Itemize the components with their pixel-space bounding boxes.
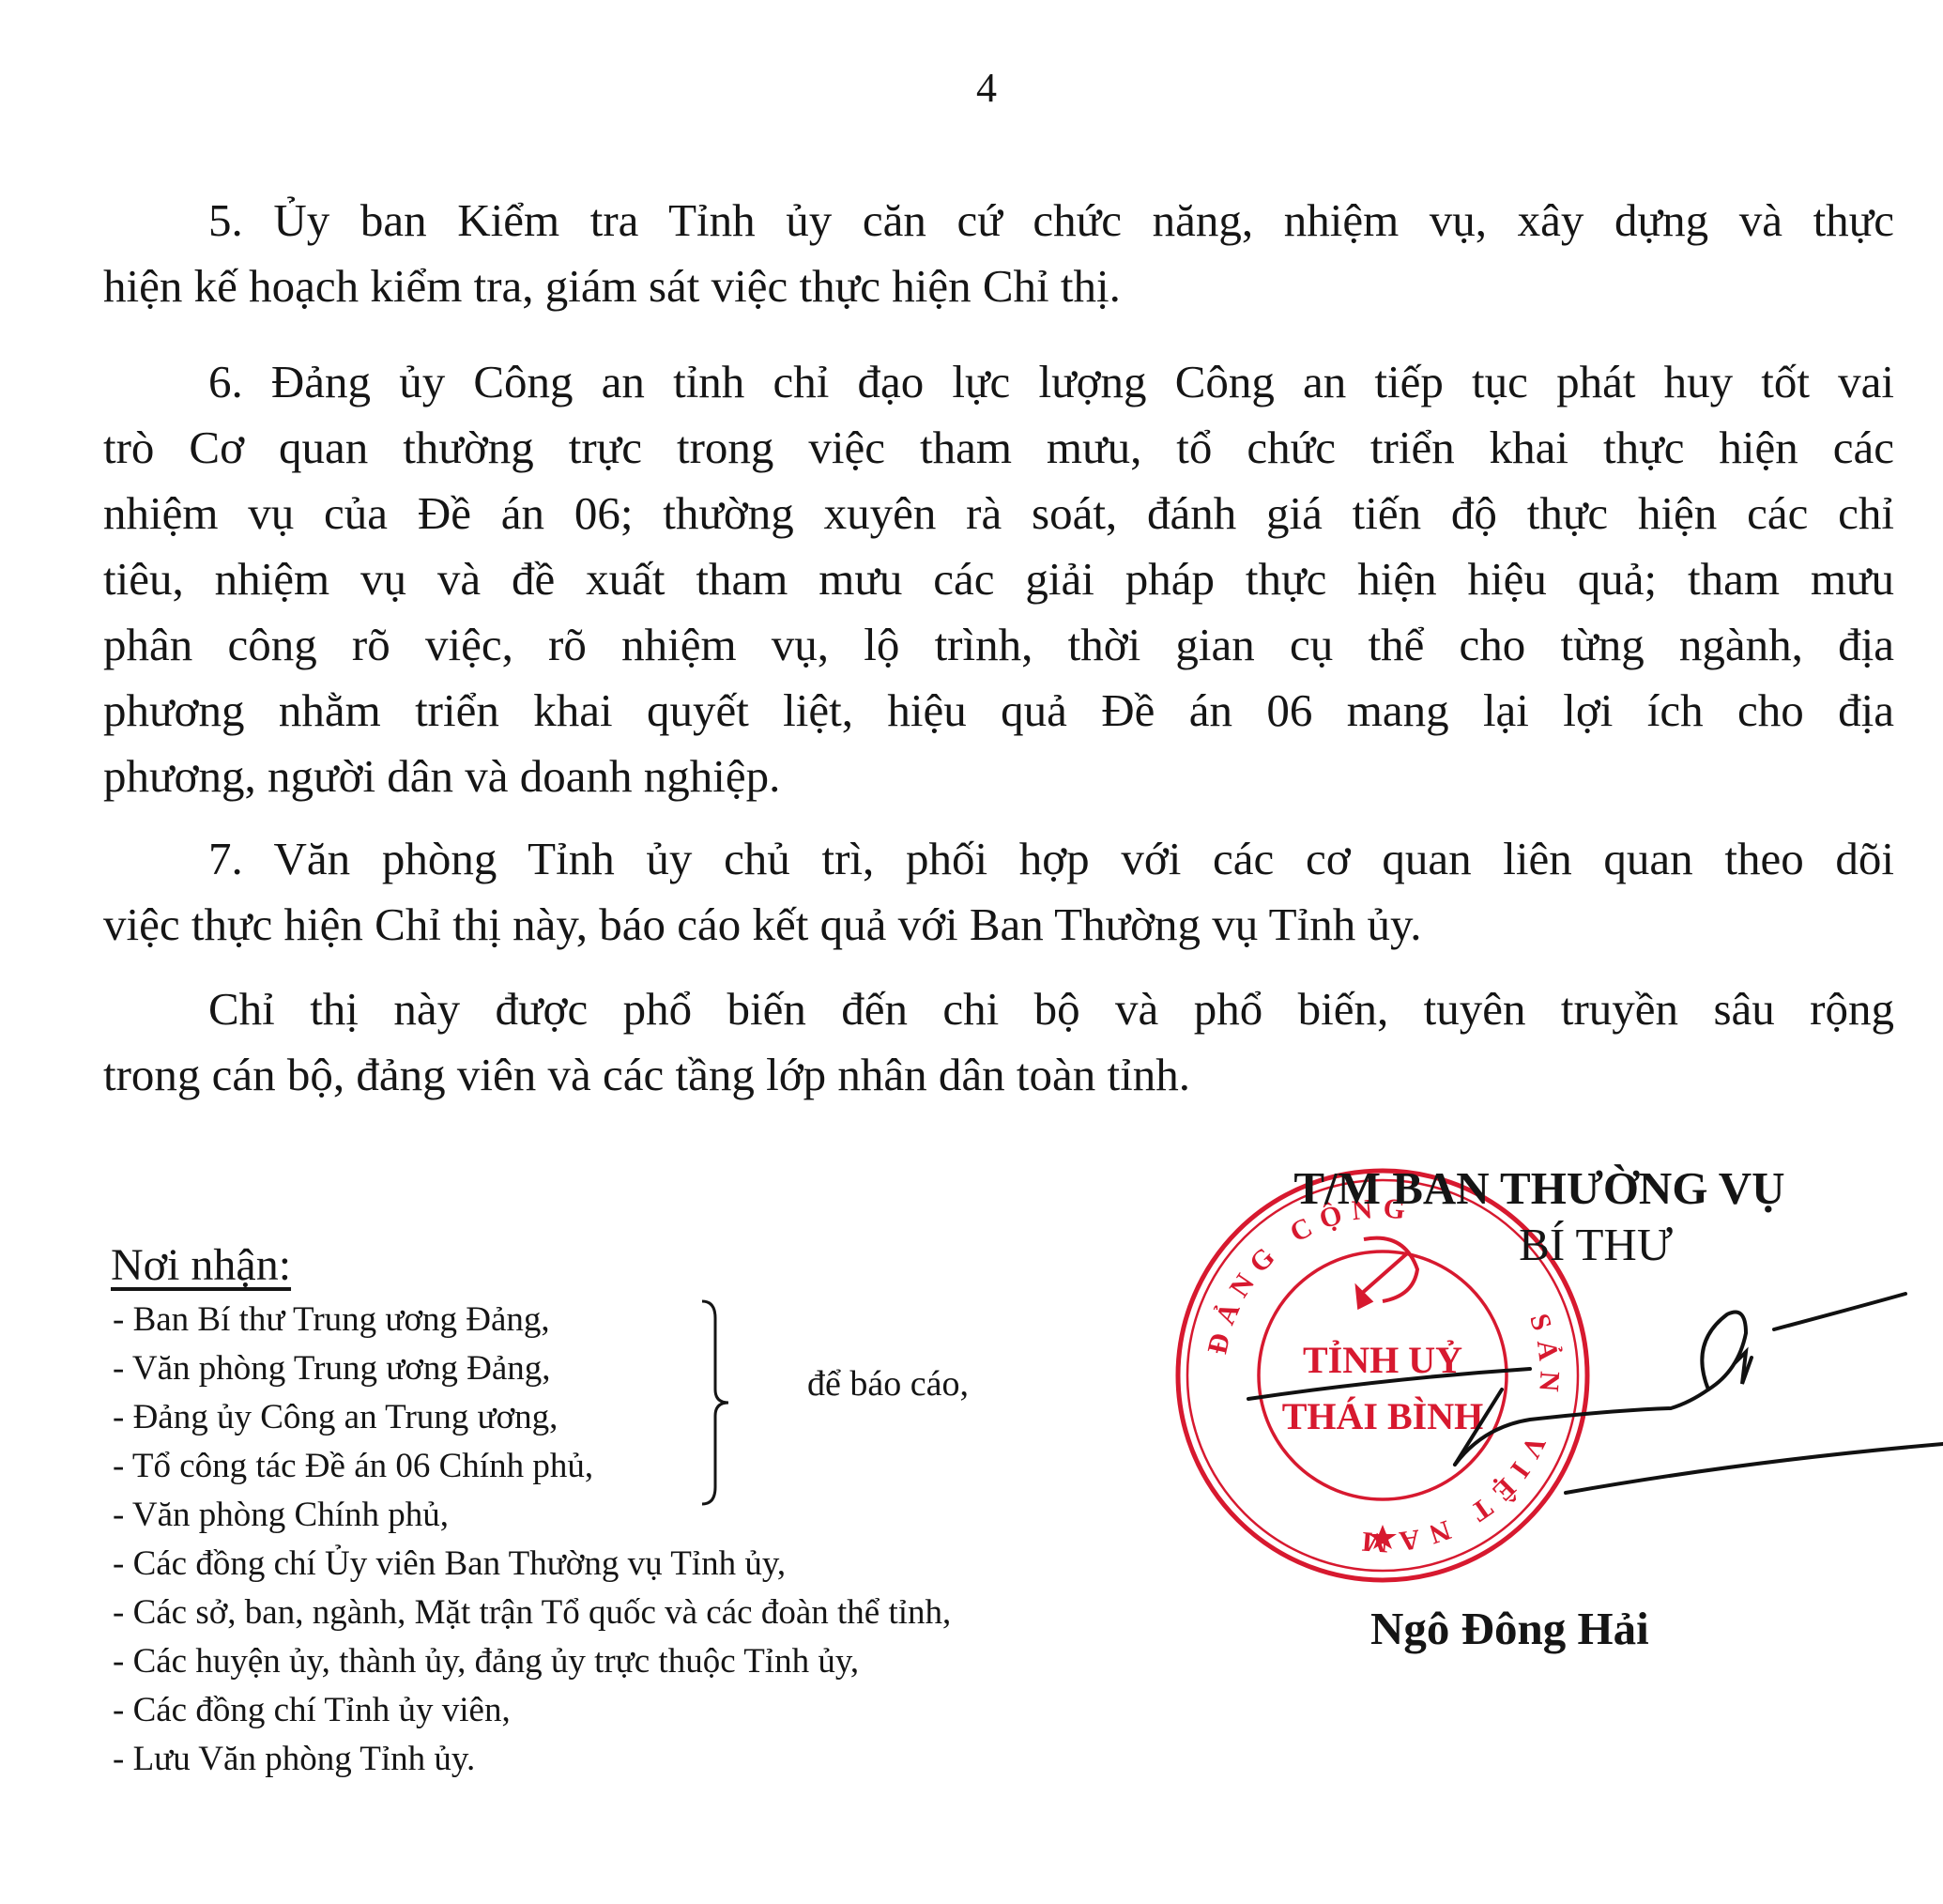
recipients-title: Nơi nhận: bbox=[111, 1239, 291, 1291]
paragraph-5: 5. Ủy ban Kiểm tra Tỉnh ủy căn cứ chức n… bbox=[103, 188, 1894, 319]
paragraph-line-text: 5. Ủy ban Kiểm tra Tỉnh ủy căn cứ chức n… bbox=[208, 194, 1894, 246]
paragraph-line-text: 6. Đảng ủy Công an tỉnh chỉ đạo lực lượn… bbox=[208, 356, 1894, 407]
paragraph-line: 7. Văn phòng Tỉnh ủy chủ trì, phối hợp v… bbox=[103, 826, 1894, 892]
handwritten-signature-icon bbox=[1220, 1286, 1943, 1512]
paragraph-line: 6. Đảng ủy Công an tỉnh chỉ đạo lực lượn… bbox=[103, 349, 1894, 415]
paragraph-line: trò Cơ quan thường trực trong việc tham … bbox=[103, 415, 1894, 481]
recipient-item: - Các sở, ban, ngành, Mặt trận Tổ quốc v… bbox=[113, 1589, 951, 1637]
paragraph-closing: Chỉ thị này được phổ biến đến chi bộ và … bbox=[103, 976, 1894, 1108]
curly-brace-icon bbox=[698, 1299, 736, 1506]
grouped-note: để báo cáo, bbox=[807, 1363, 969, 1405]
paragraph-line: 5. Ủy ban Kiểm tra Tỉnh ủy căn cứ chức n… bbox=[103, 188, 1894, 253]
paragraph-line: phân công rõ việc, rõ nhiệm vụ, lộ trình… bbox=[103, 612, 1894, 678]
page-number: 4 bbox=[976, 68, 997, 109]
signer-title: BÍ THƯ bbox=[1295, 1217, 1896, 1273]
paragraph-line: phương nhằm triển khai quyết liệt, hiệu … bbox=[103, 678, 1894, 744]
paragraph-7: 7. Văn phòng Tỉnh ủy chủ trì, phối hợp v… bbox=[103, 826, 1894, 958]
recipient-item: - Văn phòng Chính phủ, bbox=[113, 1491, 951, 1540]
paragraph-line: nhiệm vụ của Đề án 06; thường xuyên rà s… bbox=[103, 481, 1894, 546]
recipient-item: - Lưu Văn phòng Tỉnh ủy. bbox=[113, 1735, 951, 1784]
recipient-item: - Ban Bí thư Trung ương Đảng, bbox=[113, 1296, 951, 1344]
paragraph-line: việc thực hiện Chỉ thị này, báo cáo kết … bbox=[103, 892, 1894, 958]
paragraph-line-text: 7. Văn phòng Tỉnh ủy chủ trì, phối hợp v… bbox=[208, 833, 1894, 884]
recipient-item: - Các đồng chí Tỉnh ủy viên, bbox=[113, 1686, 951, 1735]
paragraph-6: 6. Đảng ủy Công an tỉnh chỉ đạo lực lượn… bbox=[103, 349, 1894, 809]
paragraph-line-text: Chỉ thị này được phổ biến đến chi bộ và … bbox=[208, 983, 1894, 1035]
paragraph-line: phương, người dân và doanh nghiệp. bbox=[103, 744, 1894, 809]
paragraph-line: trong cán bộ, đảng viên và các tầng lớp … bbox=[103, 1042, 1894, 1108]
paragraph-line: Chỉ thị này được phổ biến đến chi bộ và … bbox=[103, 976, 1894, 1042]
recipient-item: - Tổ công tác Đề án 06 Chính phủ, bbox=[113, 1442, 951, 1491]
on-behalf-label: T/M BAN THƯỜNG VỤ bbox=[1183, 1160, 1896, 1217]
paragraph-line: hiện kế hoạch kiểm tra, giám sát việc th… bbox=[103, 253, 1894, 319]
signer-name: Ngô Đông Hải bbox=[1370, 1602, 1649, 1655]
recipient-item: - Các đồng chí Ủy viên Ban Thường vụ Tỉn… bbox=[113, 1540, 951, 1589]
paragraph-line: tiêu, nhiệm vụ và đề xuất tham mưu các g… bbox=[103, 546, 1894, 612]
recipient-item: - Các huyện ủy, thành ủy, đảng ủy trực t… bbox=[113, 1637, 951, 1686]
